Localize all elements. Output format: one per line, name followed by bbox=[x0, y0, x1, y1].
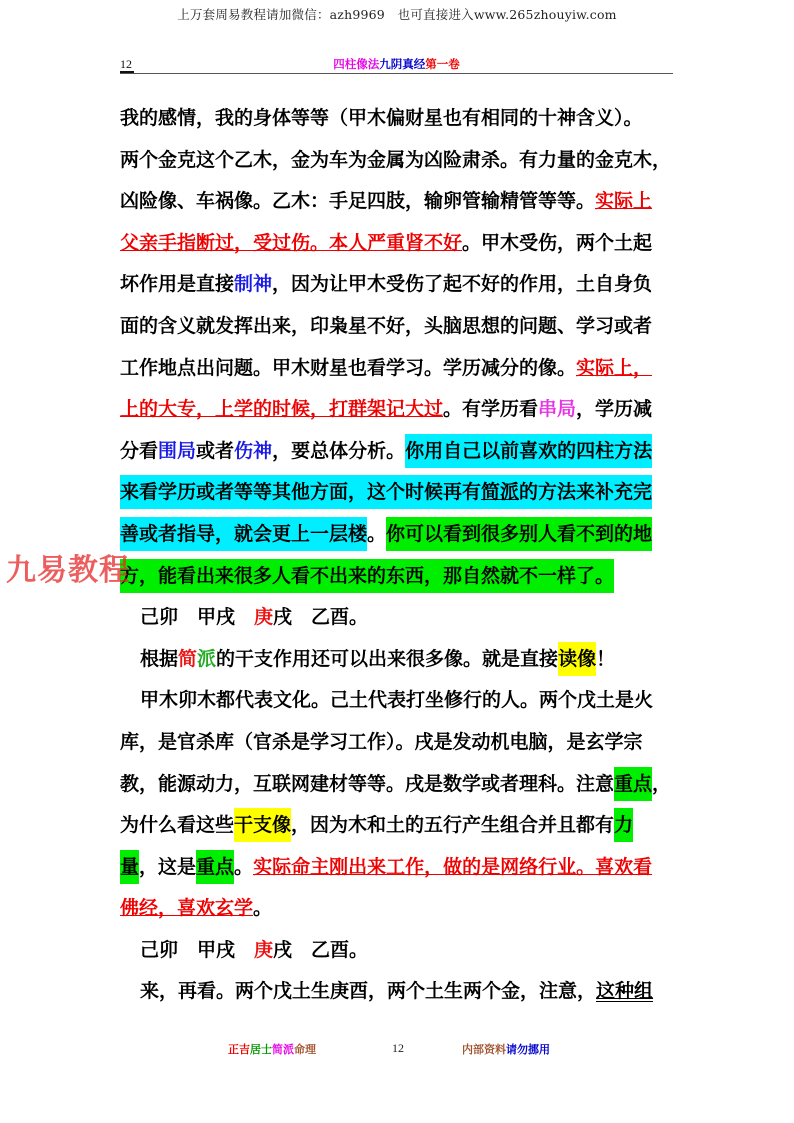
header-rule bbox=[120, 73, 673, 74]
text-segment: 戌 乙酉。 bbox=[273, 606, 368, 628]
text-segment: 。有学历看 bbox=[443, 398, 538, 420]
highlighted-segment: 围局 bbox=[158, 440, 196, 462]
text-segment: 根据 bbox=[140, 648, 178, 670]
watermark-stamp: 九易教程 bbox=[6, 545, 130, 589]
text-segment: ，学历减 bbox=[576, 398, 652, 420]
text-line: 父亲手指断过，受过伤。本人严重肾不好。甲木受伤，两个土起 bbox=[120, 223, 676, 265]
text-line: 坏作用是直接制神，因为让甲木受伤了起不好的作用，土自身负 bbox=[120, 264, 676, 306]
text-segment: ， bbox=[652, 773, 671, 795]
text-line: 上的大专，上学的时候，打群架记大过。有学历看串局，学历减 bbox=[120, 389, 676, 431]
highlighted-segment: 实际上， bbox=[576, 357, 652, 379]
text-segment: 。甲木受伤，两个土起 bbox=[462, 232, 652, 254]
highlighted-segment: 读像 bbox=[558, 642, 596, 676]
text-segment: 己卯 甲戌 bbox=[140, 939, 254, 961]
text-segment: 分看 bbox=[120, 440, 158, 462]
page-footer: 正吉居士简派命理 12 内部资料请勿挪用 bbox=[0, 1041, 794, 1057]
document-body: 我的感情，我的身体等等（甲木偏财星也有相同的十神含义）。两个金克这个乙木，金为车… bbox=[120, 98, 676, 1013]
highlighted-segment: 来看学历或者等等其他方面，这个时候再有 bbox=[120, 475, 481, 509]
footer-right-part-1: 内部资料 bbox=[462, 1043, 506, 1056]
text-segment: 。 bbox=[253, 897, 272, 919]
highlighted-segment: 方，能看出来很多人看不出来的东西，那自然就不一样了。 bbox=[120, 559, 614, 593]
footer-left-part-3: 简派 bbox=[272, 1043, 294, 1056]
footer-author: 正吉居士简派命理 bbox=[228, 1041, 316, 1057]
text-line: 善或者指导，就会更上一层楼。你可以看到很多别人看不到的地 bbox=[120, 514, 676, 556]
text-line: 方，能看出来很多人看不出来的东西，那自然就不一样了。 bbox=[120, 556, 676, 598]
text-line: 两个金克这个乙木，金为车为金属为凶险肃杀。有力量的金克木， bbox=[120, 140, 676, 182]
text-segment: 面的含义就发挥出来，印枭星不好，头脑思想的问题、学习或者 bbox=[120, 315, 652, 337]
text-segment: 戌 乙酉。 bbox=[273, 939, 368, 961]
text-segment: ！ bbox=[596, 648, 615, 670]
text-line: 我的感情，我的身体等等（甲木偏财星也有相同的十神含义）。 bbox=[120, 98, 676, 140]
text-segment: 我的感情，我的身体等等（甲木偏财星也有相同的十神含义）。 bbox=[120, 107, 643, 129]
text-segment: 己卯 甲戌 bbox=[140, 606, 254, 628]
footer-left-part-4: 命理 bbox=[294, 1043, 316, 1056]
text-segment: 凶险像、车祸像。乙木：手足四肢，输卵管输精管等等。 bbox=[120, 190, 595, 212]
highlighted-segment: 伤神 bbox=[234, 440, 272, 462]
footer-page-number: 12 bbox=[392, 1041, 404, 1056]
highlighted-segment: 上的大专，上学的时候，打群架记大过 bbox=[120, 398, 443, 420]
text-line: 来，再看。两个戊土生庚酉，两个土生两个金，注意，这种组 bbox=[120, 971, 676, 1013]
title-part-3: 第一卷 bbox=[425, 57, 460, 71]
text-segment: 库，是官杀库（官杀是学习工作）。戌是发动机电脑，是玄学宗 bbox=[120, 731, 643, 753]
footer-notice: 内部资料请勿挪用 bbox=[462, 1041, 550, 1057]
text-segment: 的干支作用还可以出来很多像。就是直接 bbox=[216, 648, 558, 670]
highlighted-segment: 派 bbox=[197, 648, 216, 670]
text-segment: 来，再看。两个戊土生庚酉，两个土生两个金，注意， bbox=[140, 980, 596, 1002]
highlighted-segment: 的方法来补充完 bbox=[519, 475, 652, 509]
highlighted-segment: 实际命主刚出来工作，做的是网络行业。喜欢看 bbox=[253, 856, 652, 878]
text-line: 来看学历或者等等其他方面，这个时候再有简派的方法来补充完 bbox=[120, 472, 676, 514]
highlighted-segment: 制神 bbox=[234, 273, 272, 295]
page-header: 12 四柱像法九阴真经第一卷 bbox=[120, 55, 673, 73]
highlighted-segment: 干支像 bbox=[234, 808, 291, 842]
highlighted-segment: 你可以看到很多别人看不到的地 bbox=[386, 517, 652, 551]
highlighted-segment: 简 bbox=[178, 648, 197, 670]
text-segment: 工作地点出问题。甲木财星也看学习。学历减分的像。 bbox=[120, 357, 576, 379]
text-line: 己卯 甲戌 庚戌 乙酉。 bbox=[120, 597, 676, 639]
text-line: 面的含义就发挥出来，印枭星不好，头脑思想的问题、学习或者 bbox=[120, 306, 676, 348]
text-line: 凶险像、车祸像。乙木：手足四肢，输卵管输精管等等。实际上 bbox=[120, 181, 676, 223]
text-segment: 。 bbox=[234, 856, 253, 878]
highlighted-segment: 佛经，喜欢玄学 bbox=[120, 897, 253, 919]
text-segment: 。 bbox=[367, 523, 386, 545]
text-segment: 甲木卯木都代表文化。己土代表打坐修行的人。两个戊土是火 bbox=[140, 689, 653, 711]
text-line: 根据简派的干支作用还可以出来很多像。就是直接读像！ bbox=[120, 639, 676, 681]
text-segment: 为什么看这些 bbox=[120, 814, 234, 836]
footer-left-part-2: 居士 bbox=[250, 1043, 272, 1056]
top-watermark-banner: 上万套周易教程请加微信：azh9969 也可直接进入www.265zhouyiw… bbox=[0, 5, 794, 23]
highlighted-segment: 量 bbox=[120, 850, 139, 884]
text-line: 量，这是重点。实际命主刚出来工作，做的是网络行业。喜欢看 bbox=[120, 847, 676, 889]
text-segment: ，要总体分析。 bbox=[272, 440, 405, 462]
footer-right-part-2: 请勿挪用 bbox=[506, 1043, 550, 1056]
title-part-2: 九阴真经 bbox=[379, 57, 425, 71]
text-line: 教，能源动力，互联网建材等等。戌是数学或者理科。注意重点， bbox=[120, 764, 676, 806]
highlighted-segment: 你用自己以前喜欢的四柱方法 bbox=[405, 434, 652, 468]
text-line: 工作地点出问题。甲木财星也看学习。学历减分的像。实际上， bbox=[120, 348, 676, 390]
text-line: 为什么看这些干支像，因为木和土的五行产生组合并且都有力 bbox=[120, 805, 676, 847]
text-line: 己卯 甲戌 庚戌 乙酉。 bbox=[120, 930, 676, 972]
highlighted-segment: 善或者指导，就会更上一层楼 bbox=[120, 517, 367, 551]
highlighted-segment: 父亲手指断过，受过伤。本人严重肾不好 bbox=[120, 232, 462, 254]
highlighted-segment: 简派 bbox=[481, 475, 519, 509]
text-segment: 或者 bbox=[196, 440, 234, 462]
highlighted-segment: 重点 bbox=[196, 850, 234, 884]
highlighted-segment: 重点 bbox=[614, 767, 652, 801]
highlighted-segment: 这种组 bbox=[596, 980, 653, 1002]
text-segment: 两个金克这个乙木，金为车为金属为凶险肃杀。有力量的金克木， bbox=[120, 149, 671, 171]
text-line: 甲木卯木都代表文化。己土代表打坐修行的人。两个戊土是火 bbox=[120, 680, 676, 722]
title-part-1: 四柱像法 bbox=[333, 57, 379, 71]
book-title: 四柱像法九阴真经第一卷 bbox=[120, 56, 673, 72]
text-segment: ，因为木和土的五行产生组合并且都有 bbox=[291, 814, 614, 836]
text-segment: ，这是 bbox=[139, 856, 196, 878]
highlighted-segment: 庚 bbox=[254, 606, 273, 628]
highlighted-segment: 串局 bbox=[538, 398, 576, 420]
text-segment: 坏作用是直接 bbox=[120, 273, 234, 295]
text-line: 佛经，喜欢玄学。 bbox=[120, 888, 676, 930]
highlighted-segment: 实际上 bbox=[595, 190, 652, 212]
text-segment: ，因为让甲木受伤了起不好的作用，土自身负 bbox=[272, 273, 652, 295]
highlighted-segment: 庚 bbox=[254, 939, 273, 961]
highlighted-segment: 力 bbox=[614, 808, 633, 842]
text-segment: 教，能源动力，互联网建材等等。戌是数学或者理科。注意 bbox=[120, 773, 614, 795]
text-line: 分看围局或者伤神，要总体分析。你用自己以前喜欢的四柱方法 bbox=[120, 431, 676, 473]
footer-left-part-1: 正吉 bbox=[228, 1043, 250, 1056]
text-line: 库，是官杀库（官杀是学习工作）。戌是发动机电脑，是玄学宗 bbox=[120, 722, 676, 764]
